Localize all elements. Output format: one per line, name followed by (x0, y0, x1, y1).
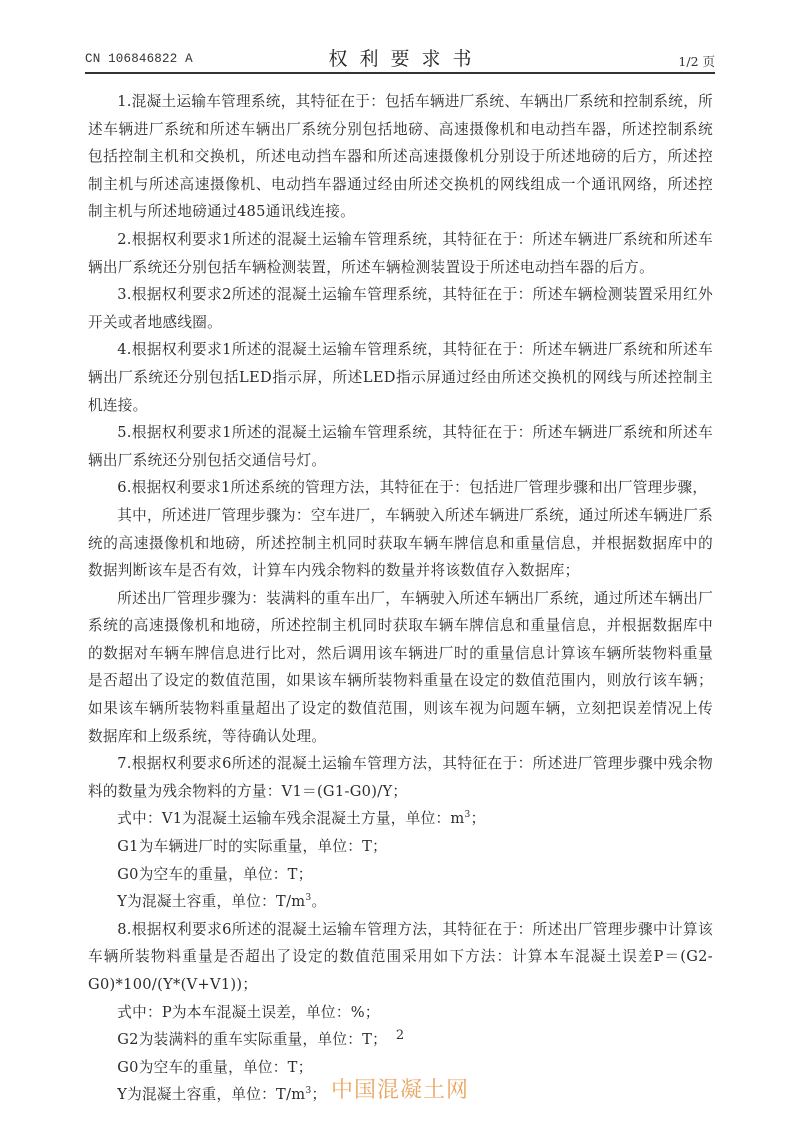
claim-8-def-p: 式中：P为本车混凝土误差，单位：%； (88, 999, 713, 1027)
claim-1: 1.混凝土运输车管理系统，其特征在于：包括车辆进厂系统、车辆出厂系统和控制系统，… (88, 88, 713, 226)
claim-7-def-g0: G0为空车的重量，单位：T； (88, 861, 713, 889)
page-title: 权利要求书 (85, 44, 715, 71)
site-watermark: 中国混凝土网 (0, 1073, 800, 1104)
claim-6-entry-step: 其中，所述进厂管理步骤为：空车进厂，车辆驶入所述车辆进厂系统，通过所述车辆进厂系… (88, 502, 713, 585)
claim-5: 5.根据权利要求1所述的混凝土运输车管理系统，其特征在于：所述车辆进厂系统和所述… (88, 419, 713, 474)
claim-6-exit-step: 所述出厂管理步骤为：装满料的重车出厂，车辆驶入所述车辆出厂系统，通过所述车辆出厂… (88, 585, 713, 751)
claim-3: 3.根据权利要求2所述的混凝土运输车管理系统，其特征在于：所述车辆检测装置采用红… (88, 281, 713, 336)
claim-text: 2.根据权利要求1所述的混凝土运输车管理系统，其特征在于：所述车辆进厂系统和所述… (88, 231, 713, 276)
claim-text: 1.混凝土运输车管理系统，其特征在于：包括车辆进厂系统、车辆出厂系统和控制系统，… (88, 93, 713, 220)
claim-7: 7.根据权利要求6所述的混凝土运输车管理方法，其特征在于：所述进厂管理步骤中残余… (88, 750, 713, 805)
claim-text: 7.根据权利要求6所述的混凝土运输车管理方法，其特征在于：所述进厂管理步骤中残余… (88, 755, 713, 800)
header-divider (85, 72, 715, 74)
claim-text: Y为混凝土容重，单位：T/m (117, 893, 305, 910)
claim-text-tail: 。 (311, 893, 326, 910)
claim-text: G1为车辆进厂时的实际重量，单位：T； (117, 838, 387, 855)
claim-text: 所述出厂管理步骤为：装满料的重车出厂，车辆驶入所述车辆出厂系统，通过所述车辆出厂… (88, 590, 713, 745)
claim-text: 式中：V1为混凝土运输车残余混凝土方量，单位：m (117, 810, 464, 827)
claims-body: 1.混凝土运输车管理系统，其特征在于：包括车辆进厂系统、车辆出厂系统和控制系统，… (88, 88, 713, 1109)
claim-text: 3.根据权利要求2所述的混凝土运输车管理系统，其特征在于：所述车辆检测装置采用红… (88, 286, 713, 331)
claim-text: 4.根据权利要求1所述的混凝土运输车管理系统，其特征在于：所述车辆进厂系统和所述… (88, 341, 713, 413)
claim-7-def-v1: 式中：V1为混凝土运输车残余混凝土方量，单位：m3； (88, 805, 713, 833)
claim-8: 8.根据权利要求6所述的混凝土运输车管理方法，其特征在于：所述出厂管理步骤中计算… (88, 916, 713, 999)
claim-text: 6.根据权利要求1所述系统的管理方法，其特征在于：包括进厂管理步骤和出厂管理步骤… (117, 479, 707, 496)
claim-6: 6.根据权利要求1所述系统的管理方法，其特征在于：包括进厂管理步骤和出厂管理步骤… (88, 474, 713, 502)
claim-7-def-g1: G1为车辆进厂时的实际重量，单位：T； (88, 833, 713, 861)
claim-text: 其中，所述进厂管理步骤为：空车进厂，车辆驶入所述车辆进厂系统，通过所述车辆进厂系… (88, 507, 713, 579)
claim-7-def-y: Y为混凝土容重，单位：T/m3。 (88, 888, 713, 916)
claim-text-tail: ； (471, 810, 486, 827)
page-info: 1/2 页 (678, 52, 715, 70)
page-number: 2 (0, 1028, 800, 1043)
claim-text: 8.根据权利要求6所述的混凝土运输车管理方法，其特征在于：所述出厂管理步骤中计算… (88, 921, 713, 993)
claim-text: 5.根据权利要求1所述的混凝土运输车管理系统，其特征在于：所述车辆进厂系统和所述… (88, 424, 713, 469)
claim-4: 4.根据权利要求1所述的混凝土运输车管理系统，其特征在于：所述车辆进厂系统和所述… (88, 336, 713, 419)
claim-2: 2.根据权利要求1所述的混凝土运输车管理系统，其特征在于：所述车辆进厂系统和所述… (88, 226, 713, 281)
claim-text: G0为空车的重量，单位：T； (117, 866, 312, 883)
claim-text: 式中：P为本车混凝土误差，单位：%； (117, 1004, 380, 1021)
document-header: CN 106846822 A 权利要求书 1/2 页 (85, 44, 715, 70)
